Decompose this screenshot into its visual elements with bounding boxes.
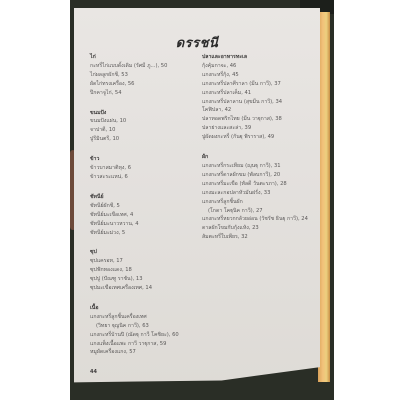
index-entry: แกงกะหรี่กระเทียม (ญุนฐุ กาวี), 31 [202,162,314,171]
index-column-left: ไก่กะหรี่ไก่แบบดั้งเดิม (รัศมี ภู...), 5… [90,53,200,368]
section-heading: เนื้อ [90,304,200,313]
index-entry: ปูรีมินตรี, 10 [90,135,200,144]
section-heading: ซุป [90,248,200,257]
index-entry: ไก่ผลลูกผักชี, 53 [90,71,200,80]
index-entry: แกงกะหรี่ดาลผักขม (พัลบกาวี), 20 [202,171,314,180]
index-entry: แกงกะหรี่ลูกชิ้นผัก [202,198,314,207]
index-entry: ชัทนีย์มะเขือเทศ, 4 [90,211,200,220]
section-heading: ผัก [202,153,314,162]
index-entry: ซุปแครอท, 17 [90,257,200,266]
index-entry: กะหรี่ไก่แบบดั้งเดิม (รัศมี ภู...), 50 [90,62,200,71]
index-entry: ข้าวบาสมาติหุง, 6 [90,164,200,173]
index-section: ไก่กะหรี่ไก่แบบดั้งเดิม (รัศมี ภู...), 5… [90,53,200,98]
index-entry: ข้าวสะระแหน่, 6 [90,173,200,182]
page-title: ดรรชนี [74,32,320,53]
index-entry: แกงกะหรี่ปลาลาน (สุขมีน กาวี), 34 [202,98,314,107]
section-heading: ไก่ [90,53,200,62]
index-entry: ซุปมะเขือเทศเครื่องเทศ, 14 [90,284,200,293]
index-section: ผักแกงกะหรี่กระเทียม (ญุนฐุ กาวี), 31แกง… [202,153,314,242]
index-entry: ชัทนีย์ผักชี, 5 [90,202,200,211]
index-entry: ซุปปู (ปัณฑู ราชัน), 13 [90,275,200,284]
index-entry: จาปาตี, 10 [90,126,200,135]
index-entry: ชัทนีย์มะนาวหวาน, 4 [90,220,200,229]
index-entry: ผัดไก่ทรงเครื่อง, 56 [90,80,200,89]
index-section: ข้าวข้าวบาสมาติหุง, 6ข้าวสะระแหน่, 6 [90,155,200,182]
index-entry: กุ้งคุ้มกาจะ, 46 [202,62,314,71]
index-entry: แกงกะหรี่ปลาเค็ม, 41 [202,89,314,98]
index-entry: แกงกะหรี่หยวกกล้วยอ่อน (วัชรัช ธินฐุ กาว… [202,215,314,224]
index-entry: แกงกะหรี่ปลาศีราลา (มีน กาวี), 37 [202,80,314,89]
section-heading: ขนมปัง [90,109,200,118]
index-entry: ซุปฟักทองแดง, 18 [90,266,200,275]
index-entry: แกงกะหรี่บ้านปิ (ณัดฐุ กาวี โคชิยะ), 60 [90,331,200,340]
index-section: เนื้อแกงกะหรี่ลูกชิ้นเครื่องเทศ(วิทยา ฐุ… [90,304,200,357]
index-entry: แกงมะละกอปลาหัวมันฝรั่ง, 33 [202,189,314,198]
index-entry: ปลาทอดพริกไทย (มีน วาฐุกาส), 38 [202,115,314,124]
index-section: ชัทนีย์ชัทนีย์ผักชี, 5ชัทนีย์มะเขือเทศ, … [90,193,200,238]
index-entry: แกงกะหรี่มะเขือ (ทัลดี วันตะรภา), 28 [202,180,314,189]
index-entry: ปูผัดผงกะหรี่ (กันฐุ พิราราส), 49 [202,133,314,142]
index-entry: ปีกคาจูไก่, 54 [90,89,200,98]
index-entry: แกงแพ็งเนื้อแพะ กาวี วาฐุกาส, 59 [90,340,200,349]
index-entry: (โกดา โคฐุนิค กาวี), 27 [202,207,314,216]
page-number: 44 [90,369,97,375]
index-entry: ส้มตะหรี่ใบเพียร, 32 [202,233,314,242]
index-entry: โคฟิปลา, 42 [202,106,314,115]
section-heading: ข้าว [90,155,200,164]
index-column-right: ปลาและอาหารทะเลกุ้งคุ้มกาจะ, 46แกงกะหรี่… [202,53,314,253]
index-section: ปลาและอาหารทะเลกุ้งคุ้มกาจะ, 46แกงกะหรี่… [202,53,314,142]
index-section: ขนมปังขนมปังแผ่น, 10จาปาตี, 10ปูรีมินตรี… [90,109,200,145]
index-entry: ปลาย่างและสะล่า, 39 [202,124,314,133]
index-section: ซุปซุปแครอท, 17ซุปฟักทองแดง, 18ซุปปู (ปั… [90,248,200,293]
index-entry: แกงกะหรี่กุ้ง, 45 [202,71,314,80]
index-entry: ชัทนีย์มะม่วง, 5 [90,229,200,238]
section-heading: ปลาและอาหารทะเล [202,53,314,62]
index-entry: ขนมปังแผ่น, 10 [90,117,200,126]
section-heading: ชัทนีย์ [90,193,200,202]
book-page: ดรรชนี ไก่กะหรี่ไก่แบบดั้งเดิม (รัศมี ภู… [74,8,320,390]
index-entry: หมูผัดเครื่องแกง, 57 [90,348,200,357]
index-entry: ดาลผักโขมกับกุ้งแห้ง, 23 [202,224,314,233]
index-entry: (วิทยา ฐุญนิค กาวี), 63 [90,322,200,331]
index-entry: แกงกะหรี่ลูกชิ้นเครื่องเทศ [90,313,200,322]
